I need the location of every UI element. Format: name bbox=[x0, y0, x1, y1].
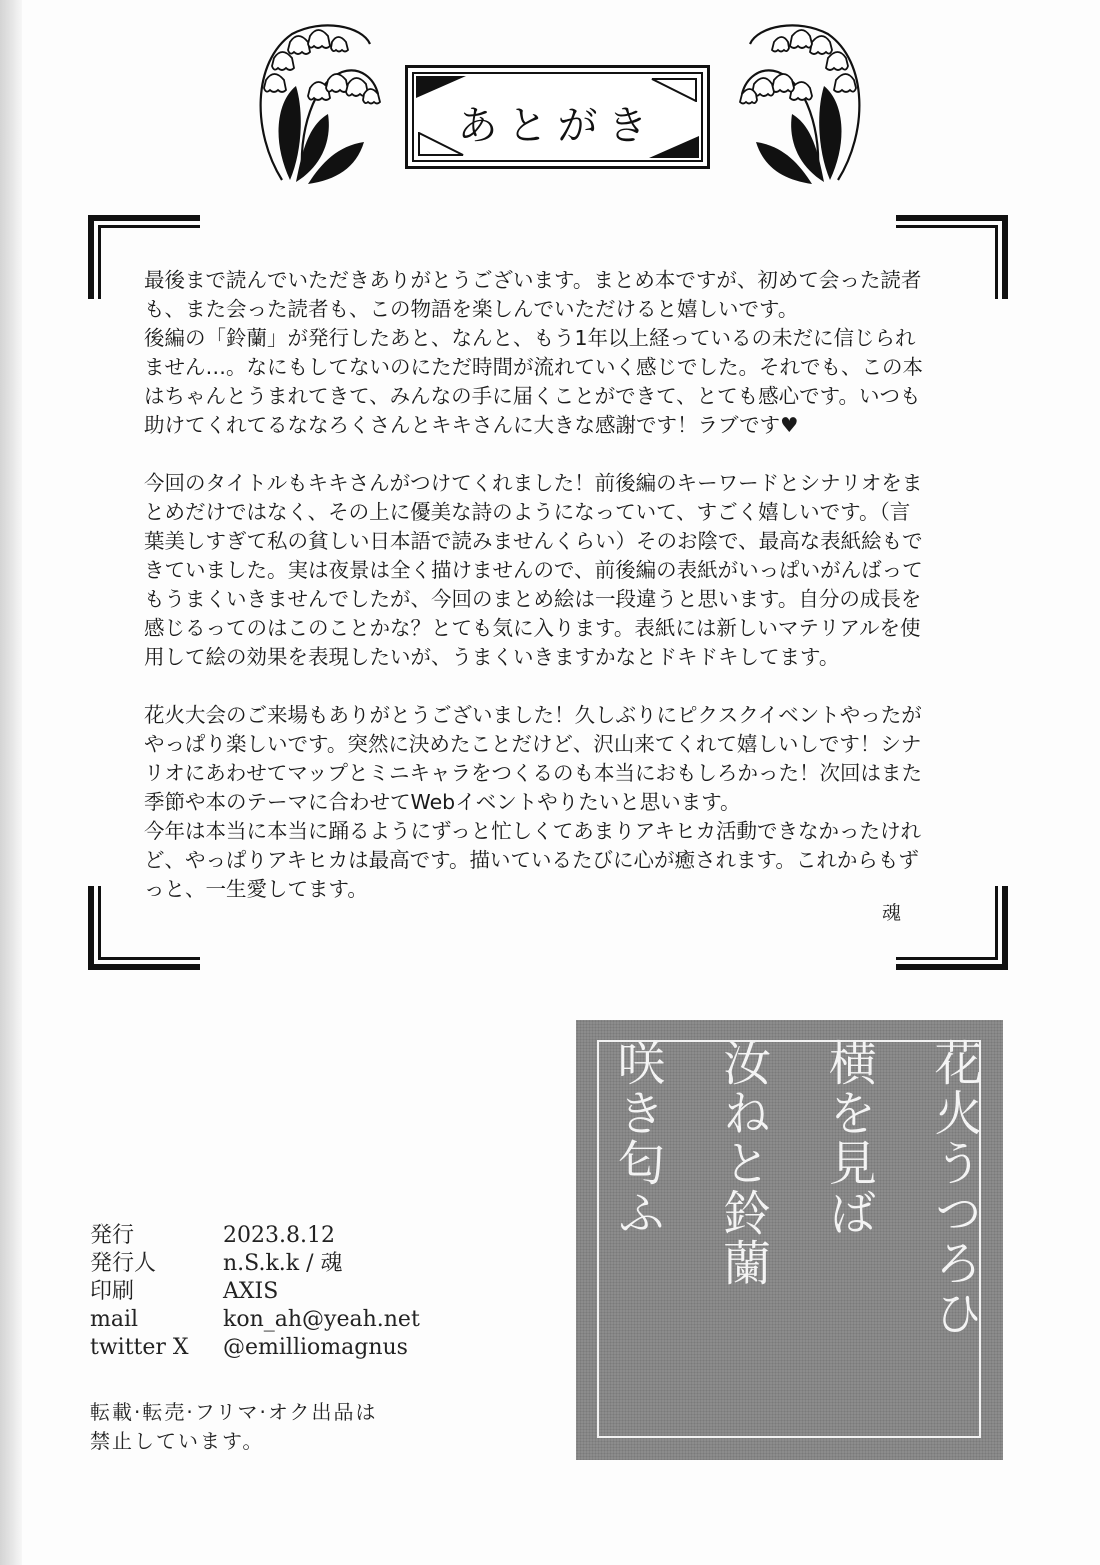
text-line: 今年は本当に本当に踊るようにずっと忙しくてあまりアキヒカ活動できなかったけれ bbox=[144, 817, 974, 846]
cover-title-column: 花火うつろひ bbox=[927, 1038, 981, 1442]
colophon-key: 発行 bbox=[90, 1222, 223, 1250]
colophon-value: kon_ah@yeah.net bbox=[223, 1306, 420, 1334]
colophon-value: 2023.8.12 bbox=[223, 1222, 335, 1250]
colophon-row-twitter: twitter X @emilliomagnus bbox=[90, 1334, 420, 1362]
text-line: 感じるってのはこのことかな？とても気に入ります。表紙には新しいマテリアルを使 bbox=[144, 614, 974, 643]
cover-title-column: 咲き匂ふ bbox=[610, 1038, 664, 1442]
colophon-key: twitter X bbox=[90, 1334, 223, 1362]
cover-title-column: 汝ねと鈴蘭 bbox=[716, 1038, 770, 1442]
text-line: リオにあわせてマップとミニキャラをつくるのも本当におもしろかった！次回はまた bbox=[144, 759, 974, 788]
afterword-paragraph: 花火大会のご来場もありがとうございました！久しぶりにピクスクイベントやったが や… bbox=[144, 701, 974, 904]
notice-line: 転載·転売·フリマ·オク出品は bbox=[90, 1398, 377, 1427]
colophon-key: 発行人 bbox=[90, 1250, 223, 1278]
text-line: 葉美しすぎて私の貧しい日本語で読みませんくらい）そのお陰で、最高な表紙絵もで bbox=[144, 527, 974, 556]
colophon-row-printer: 印刷 AXIS bbox=[90, 1278, 420, 1306]
text-line: やっぱり楽しいです。突然に決めたことだけど、沢山来てくれて嬉しいしです！シナ bbox=[144, 730, 974, 759]
notice-line: 禁止しています。 bbox=[90, 1427, 377, 1456]
lily-of-the-valley-icon bbox=[732, 22, 868, 188]
colophon-row-publisher: 発行人 n.S.k.k / 魂 bbox=[90, 1250, 420, 1278]
paragraph-gap bbox=[144, 672, 974, 701]
colophon: 発行 2023.8.12 発行人 n.S.k.k / 魂 印刷 AXIS mai… bbox=[90, 1222, 420, 1362]
colophon-value: n.S.k.k / 魂 bbox=[223, 1250, 343, 1278]
text-line: 今回のタイトルもキキさんがつけてくれました！前後編のキーワードとシナリオをま bbox=[144, 469, 974, 498]
page-title: あとがき bbox=[408, 94, 707, 151]
scan-edge-shadow bbox=[0, 0, 22, 1565]
text-line: ど、やっぱりアキヒカは最高です。描いているたびに心が癒されます。これからもず bbox=[144, 846, 974, 875]
afterword-body: 最後まで読んでいただきありがとうございます。まとめ本ですが、初めて会った読者 も… bbox=[144, 266, 974, 904]
text-line: ません…。なにもしてないのにただ時間が流れていく感じでした。それでも、この本 bbox=[144, 353, 974, 382]
text-line: 助けてくれてるななろくさんとキキさんに大きな感謝です！ラブです♥ bbox=[144, 411, 974, 440]
colophon-value: @emilliomagnus bbox=[223, 1334, 408, 1362]
author-signature: 魂 bbox=[882, 898, 901, 925]
reproduction-notice: 転載·転売·フリマ·オク出品は 禁止しています。 bbox=[90, 1398, 377, 1456]
text-line: とめだけではなく、その上に優美な詩のようになっていて、すごく嬉しいです。（言 bbox=[144, 498, 974, 527]
lily-of-the-valley-icon bbox=[252, 22, 388, 188]
cover-title-column: 横を見ば bbox=[821, 1038, 875, 1442]
colophon-key: mail bbox=[90, 1306, 223, 1334]
text-line: きていました。実は夜景は全く描けませんので、前後編の表紙がいっぱいがんばって bbox=[144, 556, 974, 585]
cover-title-box: 花火うつろひ 横を見ば 汝ねと鈴蘭 咲き匂ふ bbox=[576, 1020, 1003, 1460]
colophon-value: AXIS bbox=[223, 1278, 278, 1306]
text-line: もうまくいきませんでしたが、今回のまとめ絵は一段違うと思います。自分の成長を bbox=[144, 585, 974, 614]
colophon-row-issue-date: 発行 2023.8.12 bbox=[90, 1222, 420, 1250]
text-line: 花火大会のご来場もありがとうございました！久しぶりにピクスクイベントやったが bbox=[144, 701, 974, 730]
text-line: 後編の「鈴蘭」が発行したあと、なんと、もう1年以上経っているの未だに信じられ bbox=[144, 324, 974, 353]
cover-title-columns: 花火うつろひ 横を見ば 汝ねと鈴蘭 咲き匂ふ bbox=[610, 1038, 981, 1442]
text-line: はちゃんとうまれてきて、みんなの手に届くことができて、とても感心です。いつも bbox=[144, 382, 974, 411]
text-line: も、また会った読者も、この物語を楽しんでいただけると嬉しいです。 bbox=[144, 295, 974, 324]
afterword-paragraph: 今回のタイトルもキキさんがつけてくれました！前後編のキーワードとシナリオをま と… bbox=[144, 469, 974, 672]
text-line: 最後まで読んでいただきありがとうございます。まとめ本ですが、初めて会った読者 bbox=[144, 266, 974, 295]
title-box: あとがき bbox=[405, 65, 710, 169]
afterword-paragraph: 最後まで読んでいただきありがとうございます。まとめ本ですが、初めて会った読者 も… bbox=[144, 266, 974, 440]
colophon-row-mail: mail kon_ah@yeah.net bbox=[90, 1306, 420, 1334]
text-line: 季節や本のテーマに合わせてWebイベントやりたいと思います。 bbox=[144, 788, 974, 817]
text-line: 用して絵の効果を表現したいが、うまくいきますかなとドキドキしてます。 bbox=[144, 643, 974, 672]
colophon-key: 印刷 bbox=[90, 1278, 223, 1306]
paragraph-gap bbox=[144, 440, 974, 469]
text-line: っと、一生愛してます。 bbox=[144, 875, 974, 904]
